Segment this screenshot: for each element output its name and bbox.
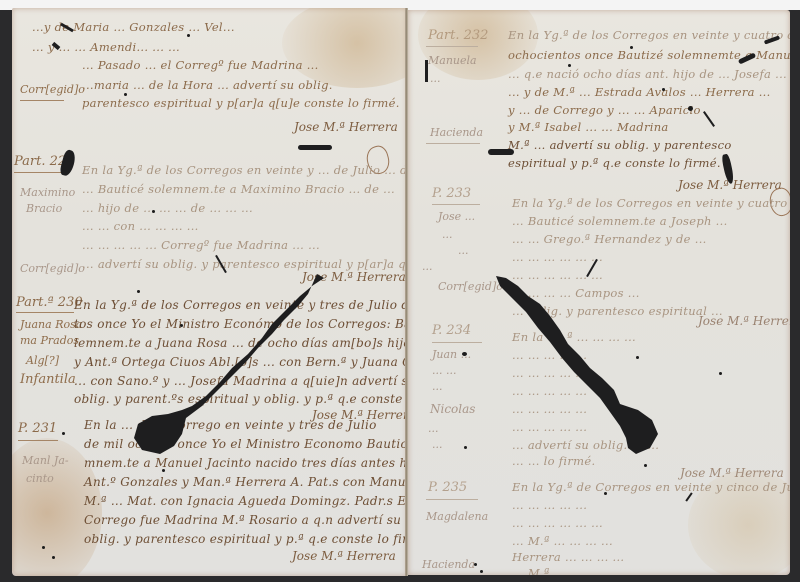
margin-rule xyxy=(18,440,58,441)
text-line: ... M.ª ... ... ... xyxy=(512,566,597,575)
left-page: Corr[egid]o ...y de Maria ... Gonzales .… xyxy=(12,8,407,576)
margin-name: ma Prados xyxy=(20,334,79,347)
margin-name: Jose ... xyxy=(438,210,475,223)
ink-scratch xyxy=(425,60,428,82)
ink-speck xyxy=(124,93,127,96)
priest-signature: Jose M.ª Herrera xyxy=(680,466,784,480)
text-line: Corrego fue Madrina M.ª Rosario a q.n ad… xyxy=(84,513,401,527)
entry-number: Part. 232 xyxy=(428,28,488,43)
margin-note: ... xyxy=(428,422,439,435)
margin-note: Hacienda xyxy=(430,126,483,139)
entry-number: P. 233 xyxy=(432,186,471,201)
priest-signature: Jose M.ª Herrera xyxy=(294,120,398,134)
margin-rule xyxy=(14,172,66,173)
ink-speck xyxy=(604,492,607,495)
margin-name: ... xyxy=(430,72,441,85)
ink-speck xyxy=(568,64,571,67)
text-line: ... Bauticé solemnem.te a Joseph ... xyxy=(512,214,728,228)
margin-note: Corr[egid]o xyxy=(20,83,85,96)
text-line: ... Pasado ... el Corregº fue Madrina ..… xyxy=(82,58,319,72)
margin-note: Corr[egid]o xyxy=(20,262,85,275)
text-line: ... y de M.ª ... Estrada Avalos ... Herr… xyxy=(508,85,771,99)
margin-name: ... xyxy=(458,244,469,257)
margin-name: Magdalena xyxy=(426,510,488,523)
margin-name: ... xyxy=(442,228,453,241)
margin-rule xyxy=(426,499,478,500)
text-line: y ... de Corrego y ... ... Aparicio xyxy=(508,103,701,117)
ink-blot xyxy=(298,145,332,150)
text-line: En la Yg.ª de los Corregos en veinte y c… xyxy=(512,196,790,210)
ink-speck xyxy=(464,446,467,449)
text-line: Ant.º Gonzales y Man.ª Herrera A. Pat.s … xyxy=(84,475,407,489)
text-line: En la Yg.ª de Corregos en veinte y cinco… xyxy=(512,480,790,494)
entry-number: Part.ª 230 xyxy=(16,295,83,310)
margin-rule xyxy=(432,342,482,343)
margin-note: Alg[?] xyxy=(26,354,59,367)
ink-speck xyxy=(688,106,693,111)
text-line: ... ... ... ... ... xyxy=(512,498,587,512)
text-line: ... ... con ... ... ... ... xyxy=(82,219,199,233)
margin-note: Infantila xyxy=(20,372,76,387)
text-line: M.ª ... Mat. con Ignacia Agueda Domingz.… xyxy=(84,494,407,508)
entry-number: P. 234 xyxy=(432,323,471,338)
ink-speck xyxy=(474,563,477,566)
ink-speck xyxy=(42,546,45,549)
priest-signature: Jose M.ª Herrera xyxy=(292,549,396,563)
margin-name: Manuela xyxy=(428,54,477,67)
ink-speck xyxy=(162,469,165,472)
right-page: Part. 232 Manuela ... Hacienda En la Yg.… xyxy=(408,10,790,575)
text-line: ... M.ª ... ... ... ... xyxy=(512,534,613,548)
text-line: ... ... ... ... ... Corregº fue Madrina … xyxy=(82,238,320,252)
text-line: ... q.e nació ocho días ant. hijo de ...… xyxy=(508,67,790,81)
water-stain xyxy=(282,8,407,88)
margin-name: Juana Rosa xyxy=(20,318,82,331)
ink-speck xyxy=(187,34,190,37)
text-line: En la Yg.ª de los Corregos en veinte y .… xyxy=(82,163,407,177)
ink-speck xyxy=(644,464,647,467)
entry-number: P. 235 xyxy=(428,480,467,495)
margin-name: Maximino xyxy=(20,186,75,199)
ink-speck xyxy=(62,432,65,435)
text-line: Herrera ... ... ... ... xyxy=(512,550,624,564)
priest-signature: Jose M.ª Herrera xyxy=(698,314,790,328)
ink-speck xyxy=(662,88,665,91)
margin-name: ... xyxy=(432,380,443,393)
margin-rule xyxy=(426,143,480,144)
margin-name: Manl Ja- xyxy=(22,454,69,467)
ink-corrosion-hole xyxy=(488,270,688,460)
text-line: espiritual y p.ª q.e conste lo firmé. xyxy=(508,156,721,170)
margin-rule xyxy=(432,204,480,205)
ink-corrosion-hole xyxy=(112,268,332,458)
ink-speck xyxy=(630,46,633,49)
text-line: ... ... Grego.ª Hernandez y de ... xyxy=(512,232,707,246)
text-line: En la Yg.ª de los Corregos en veinte y c… xyxy=(508,28,790,42)
text-line: oblig. y parentesco espiritual y p.ª q.e… xyxy=(84,532,407,546)
margin-note: ... xyxy=(432,438,443,451)
text-line: ...maria ... de la Hora ... advertí su o… xyxy=(82,78,333,92)
entry-number: P. 231 xyxy=(18,421,57,436)
text-line: M.ª ... advertí su oblig. y parentesco xyxy=(508,138,732,152)
margin-name: Bracio xyxy=(26,202,62,215)
ink-speck xyxy=(636,356,639,359)
text-line: mnem.te a Manuel Jacinto nacido tres día… xyxy=(84,456,407,470)
ink-blot xyxy=(488,149,514,155)
margin-rule xyxy=(426,46,478,47)
text-line: ... Bauticé solemnem.te a Maximino Braci… xyxy=(82,182,395,196)
text-line: y M.ª Isabel ... ... Madrina xyxy=(508,120,669,134)
margin-rule xyxy=(20,100,64,101)
ink-scratch xyxy=(703,111,715,127)
ink-speck xyxy=(719,372,722,375)
margin-name: ... xyxy=(422,260,433,273)
text-line: ... hijo de ... ... ... de ... ... ... xyxy=(82,201,253,215)
text-line: ... ... ... ... ... ... xyxy=(512,516,603,530)
ink-speck xyxy=(462,352,467,356)
ink-speck xyxy=(52,556,55,559)
ink-speck xyxy=(180,324,183,327)
margin-name: ... ... xyxy=(432,364,456,377)
ink-speck xyxy=(152,210,155,213)
text-line: parentesco espiritual y p[ar]a q[u]e con… xyxy=(82,96,400,110)
margin-name: Nicolas xyxy=(430,402,475,416)
ink-speck xyxy=(137,290,140,293)
margin-note: Hacienda xyxy=(422,558,475,571)
margin-name: cinto xyxy=(26,472,54,485)
ink-speck xyxy=(480,570,483,573)
text-line: ... ... ... ... ... ... xyxy=(512,250,603,264)
margin-rule xyxy=(16,312,74,313)
